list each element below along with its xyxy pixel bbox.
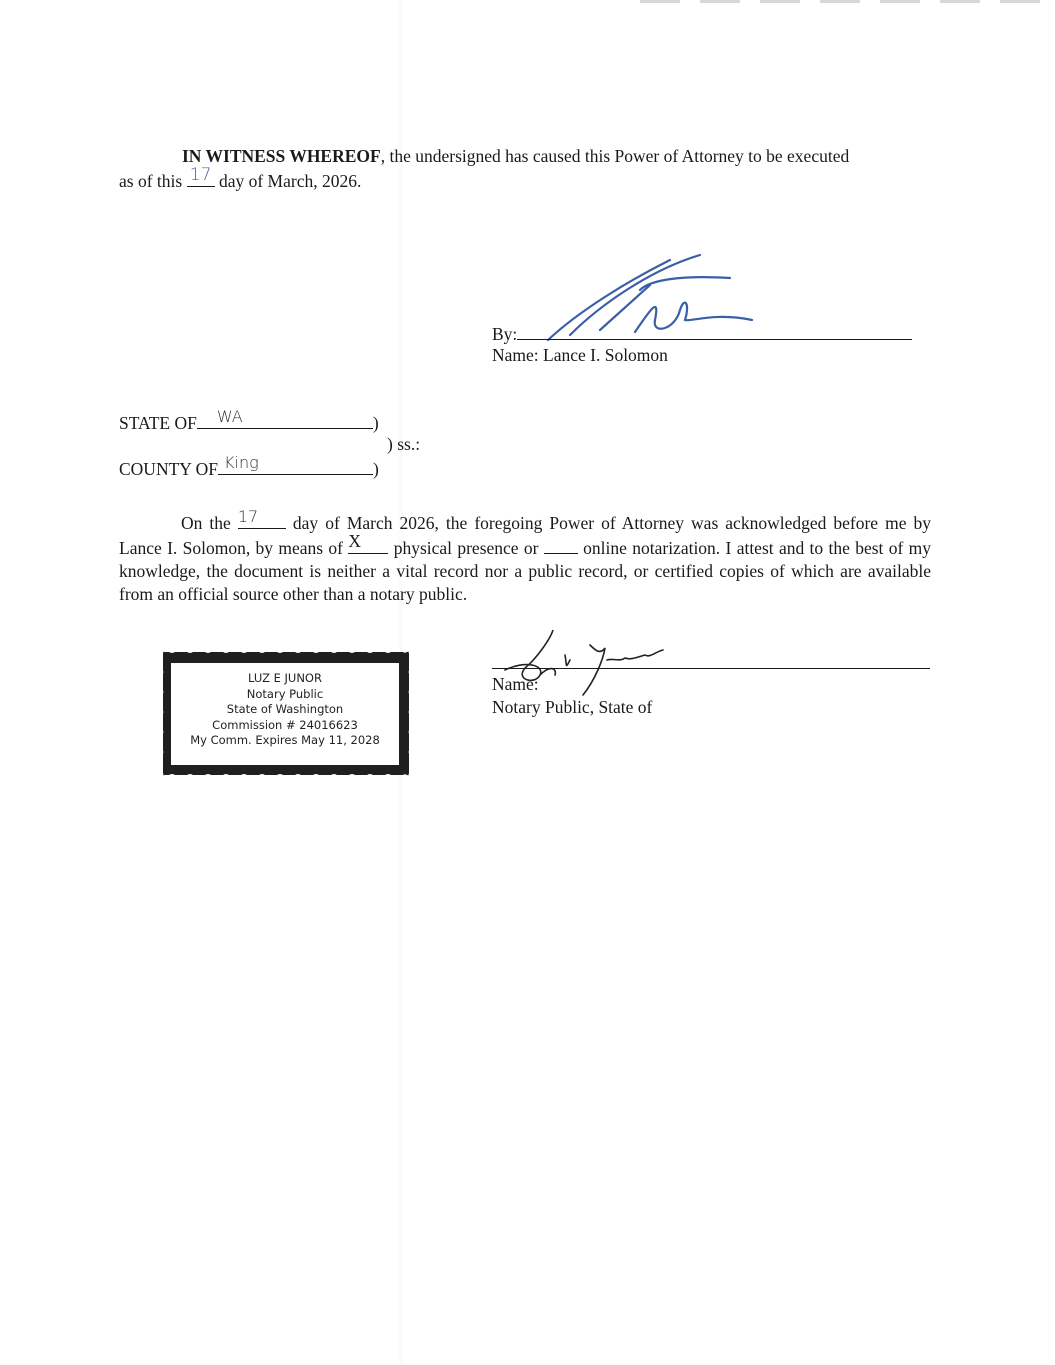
by-label: By: bbox=[492, 324, 517, 344]
physical-presence-field[interactable]: X bbox=[348, 535, 388, 554]
notary-signature-line[interactable] bbox=[492, 668, 930, 669]
witness-day-field[interactable]: 17 bbox=[187, 168, 215, 187]
acknowledgment-paragraph: On the 17 day of March 2026, the foregoi… bbox=[119, 510, 931, 606]
witness-date-rest: day of March, 2026. bbox=[219, 171, 361, 191]
principal-name: Name: Lance I. Solomon bbox=[492, 344, 668, 366]
notary-stamp: LUZ E JUNOR Notary Public State of Washi… bbox=[171, 663, 399, 765]
county-handwritten: King bbox=[224, 452, 373, 474]
state-paren: ) bbox=[373, 413, 379, 433]
ack-day-handwritten: 17 bbox=[238, 505, 286, 528]
county-label: COUNTY OF bbox=[119, 459, 218, 479]
physical-presence-mark: X bbox=[348, 530, 388, 553]
notary-name-label: Name: bbox=[492, 673, 539, 695]
state-field[interactable]: WA bbox=[197, 410, 373, 429]
witness-day-handwritten: 17 bbox=[187, 164, 215, 186]
state-line: STATE OFWA) bbox=[119, 410, 379, 434]
principal-signature-line[interactable] bbox=[517, 323, 912, 340]
witness-line-2: as of this 17 day of March, 2026. bbox=[119, 168, 361, 192]
ack-body-2: physical presence or bbox=[394, 538, 539, 558]
witness-line-1: IN WITNESS WHEREOF, the undersigned has … bbox=[182, 145, 849, 167]
online-notarization-field[interactable] bbox=[544, 535, 578, 554]
stamp-expiration: My Comm. Expires May 11, 2028 bbox=[171, 733, 399, 749]
stamp-state: State of Washington bbox=[171, 702, 399, 718]
ack-on-the: On the bbox=[181, 513, 231, 533]
county-line: COUNTY OFKing) bbox=[119, 456, 379, 480]
stamp-title: Notary Public bbox=[171, 687, 399, 703]
county-field[interactable]: King bbox=[218, 456, 373, 475]
witness-lead: IN WITNESS WHEREOF bbox=[182, 146, 381, 166]
ss-label: ) ss.: bbox=[387, 433, 420, 455]
by-line: By: bbox=[492, 323, 912, 345]
ack-day-field[interactable]: 17 bbox=[238, 510, 286, 529]
stamp-notary-name: LUZ E JUNOR bbox=[171, 671, 399, 687]
state-handwritten: WA bbox=[217, 406, 373, 428]
witness-line-1-rest: , the undersigned has caused this Power … bbox=[381, 146, 849, 166]
state-label: STATE OF bbox=[119, 413, 197, 433]
witness-as-of: as of this bbox=[119, 171, 182, 191]
county-paren: ) bbox=[373, 459, 379, 479]
stamp-commission: Commission # 24016623 bbox=[171, 718, 399, 734]
notary-title-line: Notary Public, State of bbox=[492, 696, 652, 718]
scan-artifact-top bbox=[640, 0, 1055, 3]
